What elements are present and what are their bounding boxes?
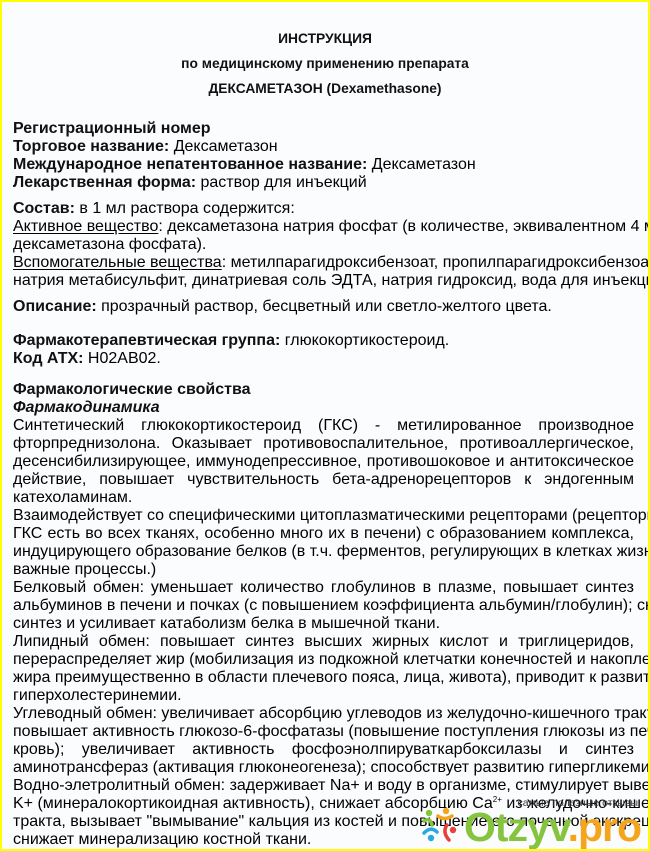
atc-value: H02AB02. xyxy=(83,350,160,367)
document-title: ИНСТРУКЦИЯ xyxy=(2,30,648,55)
dosage-form-label: Лекарственная форма: xyxy=(13,174,196,191)
trade-name-row: Торговое название: Дексаметазон xyxy=(13,138,634,156)
text-line: фторпреднизолона. Оказывает противовоспа… xyxy=(13,435,634,453)
active-substance-row: Активное вещество: дексаметазона натрия … xyxy=(13,218,634,236)
dosage-form-row: Лекарственная форма: раствор для инъекци… xyxy=(13,174,634,192)
text-line: Углеводный обмен: увеличивает абсорбцию … xyxy=(13,705,634,723)
registration-number-label: Регистрационный номер xyxy=(13,120,634,138)
excipients-continued: натрия метабисульфит, динатриевая соль Э… xyxy=(13,272,634,290)
text-line: десенсибилизирующее, иммунодепрессивное,… xyxy=(13,453,634,471)
text-line: перераспределяет жир (мобилизация из под… xyxy=(13,651,634,669)
text-line: Синтетический глюкокортикостероид (ГКС) … xyxy=(13,417,634,435)
description-label: Описание: xyxy=(13,298,97,315)
text-line: ГКС есть во всех тканях, особенно много … xyxy=(13,525,634,543)
excipients-value: : метилпарагидроксибензоат, пропилпараги… xyxy=(222,254,650,271)
pharmacodynamics-subheading: Фармакодинамика xyxy=(13,399,634,417)
active-substance-label: Активное вещество xyxy=(13,218,158,235)
description-section: Описание: прозрачный раствор, бесцветный… xyxy=(13,298,634,316)
document-header: ИНСТРУКЦИЯ по медицинскому применению пр… xyxy=(2,30,648,105)
text-line: аминотрансфераз (активация глюконеогенез… xyxy=(13,759,634,777)
excipients-row: Вспомогательные вещества: метилпарагидро… xyxy=(13,254,634,272)
people-circle-icon xyxy=(422,807,460,845)
text-line: Липидный обмен: повышает синтез высших ж… xyxy=(13,633,634,651)
text-line: Взаимодействует со специфическими цитопл… xyxy=(13,507,634,525)
description-value: прозрачный раствор, бесцветный или светл… xyxy=(97,298,552,315)
dosage-form-value: раствор для инъекций xyxy=(196,174,367,191)
pharmacology-heading: Фармакологические свойства xyxy=(13,381,634,399)
brand-main: Otzyv xyxy=(464,804,568,850)
drug-name: ДЕКСАМЕТАЗОН (Dexamethasone) xyxy=(2,80,648,105)
active-substance-value: : дексаметазона натрия фосфат (в количес… xyxy=(158,218,650,235)
text-line: индуцирующего образование белков (в т.ч.… xyxy=(13,543,634,561)
otzyv-watermark: самые полезные отзывы Otzyv.pro xyxy=(416,795,646,849)
registration-section: Регистрационный номер Торговое название:… xyxy=(13,120,634,192)
text-line: гиперхолестеринемии. xyxy=(13,687,634,705)
inn-row: Международное непатентованное название: … xyxy=(13,156,634,174)
composition-label: Состав: xyxy=(13,200,75,217)
text-line: важные процессы.) xyxy=(13,561,634,579)
pharmacology-section: Фармакологические свойства Фармакодинами… xyxy=(13,381,634,849)
brand-tld: .pro xyxy=(568,804,641,850)
text-line: синтез и усиливает катаболизм белка в мы… xyxy=(13,615,634,633)
trade-name-value: Дексаметазон xyxy=(169,138,277,155)
text-line: катехоламинам. xyxy=(13,489,634,507)
inn-label: Международное непатентованное название: xyxy=(13,156,367,173)
pharm-group-section: Фармакотерапевтическая группа: глюкокорт… xyxy=(13,332,634,368)
atc-row: Код АТХ: H02AB02. xyxy=(13,350,634,368)
composition-row: Состав: в 1 мл раствора содержится: xyxy=(13,200,634,218)
text-line: повышает активность глюкозо-6-фосфатазы … xyxy=(13,723,634,741)
pharm-group-label: Фармакотерапевтическая группа: xyxy=(13,332,280,349)
description-row: Описание: прозрачный раствор, бесцветный… xyxy=(13,298,634,316)
composition-section: Состав: в 1 мл раствора содержится: Акти… xyxy=(13,200,634,290)
text-line: Белковый обмен: уменьшает количество гло… xyxy=(13,579,634,597)
text-line: Водно-элетролитный обмен: задерживает Na… xyxy=(13,777,634,795)
document-frame: ИНСТРУКЦИЯ по медицинскому применению пр… xyxy=(0,0,650,851)
pharmacodynamics-text: Синтетический глюкокортикостероид (ГКС) … xyxy=(13,417,634,795)
composition-intro: в 1 мл раствора содержится: xyxy=(75,200,295,217)
text-line: действие, повышает чувствительность бета… xyxy=(13,471,634,489)
text-line: альбуминов в печени и почках (с повышени… xyxy=(13,597,634,615)
active-substance-continued: дексаметазона фосфата). xyxy=(13,236,634,254)
text-line: жира преимущественно в области плечевого… xyxy=(13,669,634,687)
excipients-label: Вспомогательные вещества xyxy=(13,254,222,271)
trade-name-label: Торговое название: xyxy=(13,138,169,155)
atc-label: Код АТХ: xyxy=(13,350,83,367)
text-line: кровь); увеличивает активность фосфоэнол… xyxy=(13,741,634,759)
document-subtitle: по медицинскому применению препарата xyxy=(2,55,648,80)
pharm-group-value: глюкокортикостероид. xyxy=(280,332,449,349)
pharm-group-row: Фармакотерапевтическая группа: глюкокорт… xyxy=(13,332,634,350)
inn-value: Дексаметазон xyxy=(367,156,475,173)
watermark-brand: Otzyv.pro xyxy=(464,805,641,849)
